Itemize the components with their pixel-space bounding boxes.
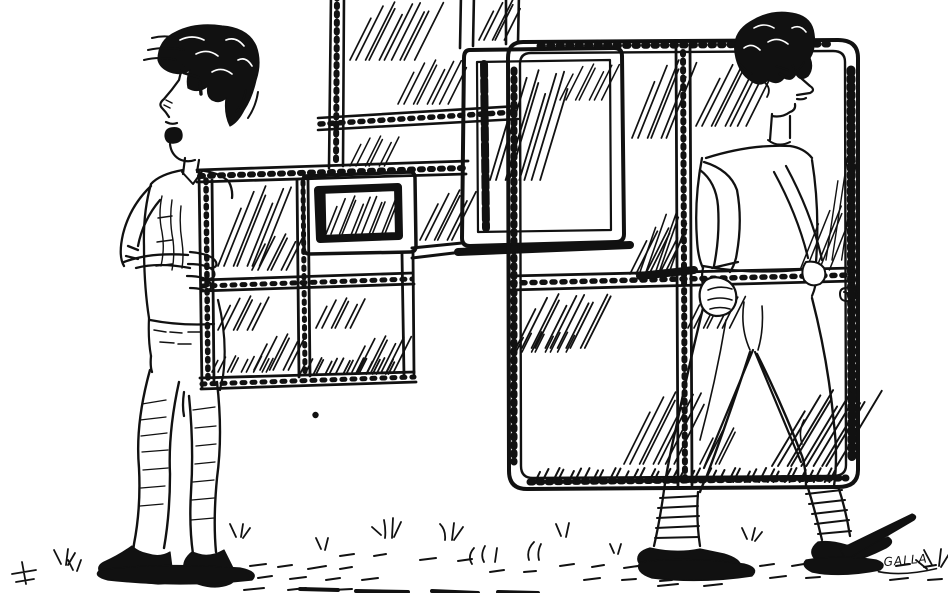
sash-dark-band xyxy=(321,191,322,238)
trouser-texture xyxy=(140,400,216,520)
glass-hatching xyxy=(326,196,399,234)
artist-signature-group: GALLA xyxy=(877,551,937,576)
glass-hatching xyxy=(316,298,365,328)
sash-heavy-inner xyxy=(318,187,399,239)
glass-hatching xyxy=(352,336,411,372)
torso-outline xyxy=(696,146,817,268)
near-arm xyxy=(700,162,740,272)
tall-window-frame xyxy=(318,0,520,168)
forearm xyxy=(124,254,190,268)
open-mouth xyxy=(165,128,182,144)
torso-outline xyxy=(144,170,232,318)
ground-shadow xyxy=(804,557,883,575)
glass-hatching xyxy=(398,60,466,104)
ink-dot xyxy=(313,412,318,417)
glass-hatching xyxy=(632,60,697,138)
nose-shading xyxy=(164,100,172,108)
frame-stile xyxy=(460,0,519,48)
hair xyxy=(735,12,815,84)
glass-hatching xyxy=(218,296,269,330)
ground-line-heavy xyxy=(300,589,538,593)
ink-drawing-canvas: GALLA xyxy=(0,0,948,593)
neck xyxy=(770,114,790,140)
eye xyxy=(200,82,201,94)
ground-shadow xyxy=(639,559,755,580)
glass-hatching xyxy=(252,234,304,270)
glass-hatching xyxy=(350,136,399,166)
sash-inner xyxy=(477,60,611,232)
glass-hatching xyxy=(420,190,476,240)
glass-hatching xyxy=(772,390,882,466)
frame-stile-texture xyxy=(336,0,337,164)
right-window-frame xyxy=(508,40,882,489)
shirt-texture xyxy=(156,196,183,270)
right-figure-head xyxy=(735,12,815,140)
cartoon-illustration: GALLA xyxy=(0,0,948,593)
left-window-frame xyxy=(197,161,476,389)
glass-hatching xyxy=(490,70,568,180)
glass-hatching xyxy=(479,0,520,40)
far-hand xyxy=(802,262,825,286)
waist-hem-ticks xyxy=(154,330,200,344)
hair xyxy=(158,25,259,126)
fist xyxy=(700,277,737,316)
left-figure xyxy=(99,25,259,587)
artist-signature: GALLA xyxy=(883,551,928,569)
ground-shadow xyxy=(97,565,254,584)
collar xyxy=(768,140,790,145)
sash-dark-band xyxy=(484,64,486,228)
frame-right-stile xyxy=(402,252,414,376)
glass-hatching xyxy=(350,2,443,60)
left-leg xyxy=(132,370,179,557)
